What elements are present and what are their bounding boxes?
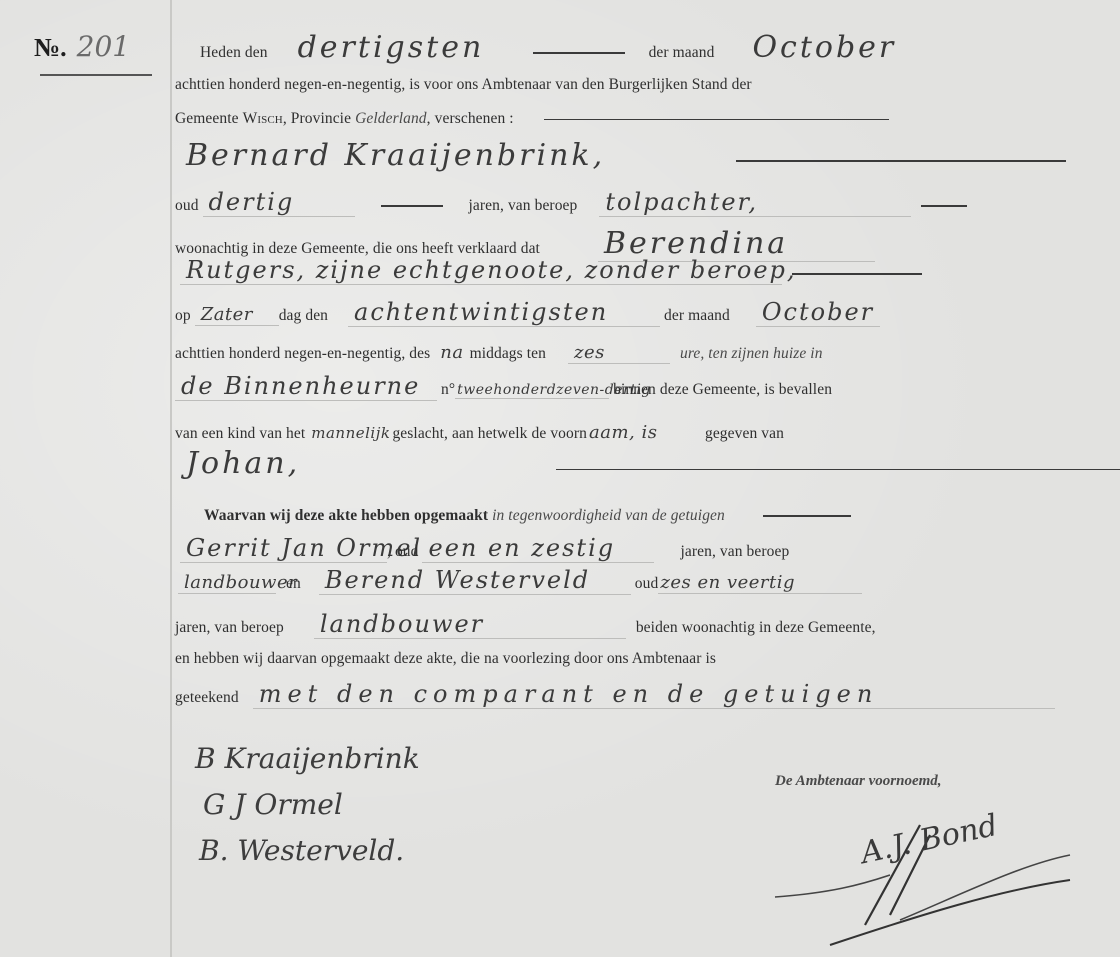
printed-text: achttien honderd negen-en-negentig, des (175, 345, 430, 362)
akte-number-prefix: №. (34, 33, 67, 62)
printed-text: , oud (387, 543, 419, 560)
printed-text: oud (635, 575, 659, 592)
line-year: achttien honderd negen-en-negentig, is v… (175, 76, 752, 94)
line-child-name: Johan, (180, 446, 1120, 481)
filler-dash (556, 469, 1120, 471)
handwritten-witness-1-name: Gerrit Jan Ormel (180, 534, 387, 563)
printed-text: der maand (649, 44, 715, 61)
filler-dash (544, 119, 889, 121)
printed-text: der maand (664, 307, 730, 324)
line-sex-name: van een kind van het mannelijkgeslacht, … (175, 422, 784, 443)
handwritten-declarant-name: Bernard Kraaijenbrink, (180, 138, 712, 173)
handwritten-witness-2-age: zes en veertig (658, 572, 862, 594)
document-page: №.201 Heden den dertigsten der maand Oct… (0, 0, 1120, 957)
official-label: De Ambtenaar voornoemd, (775, 773, 942, 790)
line-signed: geteekend met den comparant en de getuig… (175, 680, 1055, 709)
printed-text: jaren, van beroep (680, 543, 789, 560)
line-witnesses-intro: Waarvan wij deze akte hebben opgemaakt i… (204, 507, 851, 525)
signature-witness-2: B. Westerveld. (199, 828, 420, 874)
filler-dash (381, 205, 443, 207)
filler-dash (921, 205, 967, 207)
party-signatures: B Kraaijenbrink G J Ormel B. Westerveld. (195, 736, 420, 874)
line-declarant-age: oud dertig jaren, van beroep tolpachter, (175, 188, 967, 217)
filler-dash (736, 160, 1066, 162)
signature-declarant: B Kraaijenbrink (195, 736, 420, 782)
handwritten-month: October (746, 30, 902, 65)
printed-text: op (175, 307, 191, 324)
printed-text: dag den (279, 307, 328, 324)
line-reading: en hebben wij daarvan opgemaakt deze akt… (175, 650, 716, 668)
handwritten-time-of-day: na (434, 342, 469, 363)
handwritten-signed-with: met den comparant en de getuigen (253, 680, 1055, 709)
printed-text: gegeven van (705, 425, 784, 442)
printed-text: in tegenwoordigheid van de getuigen (492, 507, 725, 524)
handwritten-birth-month: October (756, 298, 880, 327)
akte-number: №.201 (34, 30, 130, 63)
handwritten-witness-2-name: Berend Westerveld (319, 566, 631, 595)
handwritten-house-number: tweehonderdzeven-dertig (455, 382, 609, 399)
handwritten-day: dertigsten (292, 30, 509, 65)
handwritten-street: de Binnenheurne (175, 372, 437, 401)
printed-text: Heden den (200, 44, 268, 61)
line-declarant: Bernard Kraaijenbrink, (180, 138, 1066, 173)
handwritten-age: dertig (203, 188, 355, 217)
line-birth-time: achttien honderd negen-en-negentig, des … (175, 342, 823, 364)
signature-witness-1: G J Ormel (203, 782, 420, 828)
handwritten-name-suffix: aam, is (587, 422, 701, 443)
line-birth-date: op Zaterdag den achtentwintigsten der ma… (175, 298, 880, 327)
printed-text: , Provincie (283, 110, 351, 127)
left-margin-rule (170, 0, 172, 957)
line-address: de Binnenheurne n°tweehonderdzeven-derti… (175, 372, 832, 401)
printed-text: oud (175, 197, 199, 214)
printed-text: Gemeente (175, 110, 239, 127)
akte-number-underline (40, 74, 152, 76)
line-witness-2-occupation: jaren, van beroep landbouwer beiden woon… (175, 610, 876, 639)
printed-text: en (286, 575, 301, 592)
printed-text: Waarvan wij deze akte hebben opgemaakt (204, 507, 488, 524)
printed-text: n° (441, 381, 455, 398)
handwritten-witness-1-occupation: landbouwer (178, 572, 276, 594)
line-witness-1: Gerrit Jan Ormel, oud een en zestig jare… (180, 534, 789, 563)
printed-text: ure, ten zijnen huize in (680, 345, 823, 362)
printed-text: jaren, van beroep (469, 197, 578, 214)
printed-text: beiden woonachtig in deze Gemeente, (636, 619, 876, 636)
printed-text: geslacht, aan hetwelk de voorn (392, 425, 587, 442)
line-witness-2: landbouwer en Berend Westerveld oudzes e… (178, 566, 862, 595)
handwritten-weekday: Zater (195, 304, 279, 326)
province-name: Gelderland (355, 110, 427, 127)
handwritten-child-name: Johan, (180, 446, 392, 481)
printed-text: , verschenen : (427, 110, 514, 127)
filler-dash (763, 515, 851, 517)
handwritten-witness-2-occupation: landbouwer (314, 610, 626, 639)
printed-text: van een kind van het (175, 425, 305, 442)
line-mother: Rutgers, zijne echtgenoote, zonder beroe… (180, 256, 922, 285)
handwritten-witness-1-age: een en zestig (422, 534, 654, 563)
filler-dash (533, 52, 625, 54)
municipality-name: Wisch (243, 110, 283, 127)
handwritten-hour: zes (568, 342, 670, 364)
line-date: Heden den dertigsten der maand October (200, 30, 902, 65)
handwritten-occupation: tolpachter, (599, 188, 911, 217)
filler-dash (792, 273, 922, 275)
printed-text: woonachtig in deze Gemeente, die ons hee… (175, 240, 540, 257)
printed-text: geteekend (175, 689, 239, 706)
handwritten-sex: mannelijk (309, 424, 392, 442)
handwritten-mother-details: Rutgers, zijne echtgenoote, zonder beroe… (180, 256, 782, 285)
printed-text: middags ten (470, 345, 546, 362)
printed-text: binnen deze Gemeente, is bevallen (613, 381, 832, 398)
handwritten-birth-day: achtentwintigsten (348, 298, 660, 327)
akte-number-value: 201 (77, 30, 130, 63)
printed-text: jaren, van beroep (175, 619, 284, 636)
line-municipality: Gemeente Wisch, Provincie Gelderland, ve… (175, 110, 889, 128)
